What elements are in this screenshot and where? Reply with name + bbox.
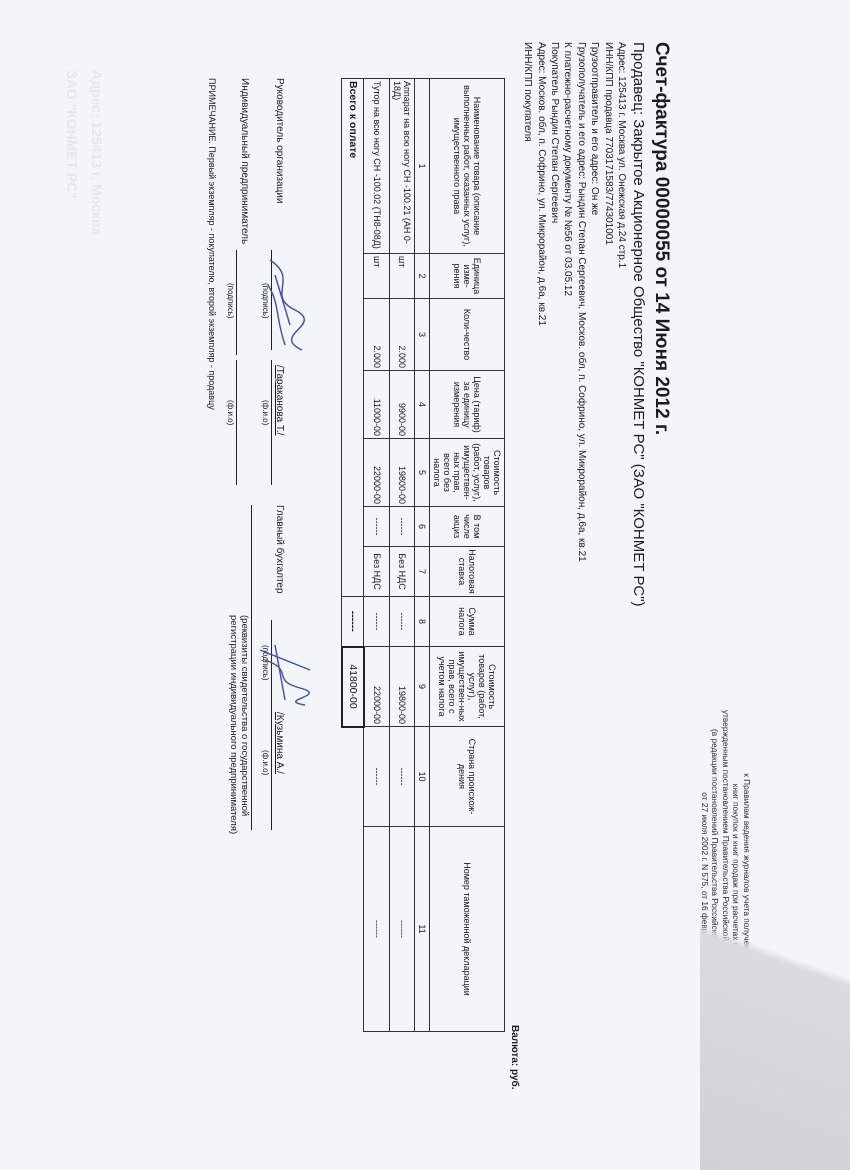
- table-row: Аппарат на всю ногу СН -100.21 (АН 0-18Д…: [390, 79, 415, 1032]
- accountant-name: /Кузьмина А./: [274, 712, 285, 774]
- header-cell: Стоимость товаров (работ, услуг), имущес…: [430, 647, 505, 727]
- item-excise: ------: [364, 507, 390, 547]
- column-number: 8: [415, 597, 430, 647]
- entrepreneur-name-line: [236, 360, 237, 485]
- item-price: 9900-00: [390, 371, 415, 439]
- item-unit: шт: [390, 254, 415, 299]
- registration-caption: (реквизиты свидетельства о государственн…: [228, 615, 250, 834]
- column-number: 4: [415, 371, 430, 439]
- item-customs: ------: [364, 827, 390, 1032]
- column-number: 10: [415, 727, 430, 827]
- buyer-address: Адрес: Москов. обл, п. Софрино, ул. Микр…: [534, 42, 547, 562]
- item-unit: шт: [364, 254, 390, 299]
- item-qty: 2.000: [364, 299, 390, 371]
- item-price: 11000-00: [364, 371, 390, 439]
- invoice-table: Наименование товара (описание выполненны…: [341, 78, 505, 1032]
- item-cost-with-tax: 19800-00: [390, 647, 415, 727]
- item-tax-sum: ------: [364, 597, 390, 647]
- item-cost-with-tax: 22000-00: [364, 647, 390, 727]
- item-cost-no-tax: 22000-00: [364, 439, 390, 507]
- total-value: 41800-00: [342, 647, 364, 727]
- item-country: ------: [364, 727, 390, 827]
- bleed-through-text: Адрес: 125413 г. Москва: [89, 70, 105, 235]
- registration-caption-line: (реквизиты свидетельства о государственн…: [239, 615, 250, 834]
- item-qty: 2.000: [390, 299, 415, 371]
- column-number: 11: [415, 827, 430, 1032]
- head-name-line: [271, 360, 272, 485]
- entrepreneur-label: Индивидуальный предприниматель: [239, 78, 250, 244]
- table-row: Тутор на всю ногу СН -100.02 (ТН8-08Д) ш…: [364, 79, 390, 1032]
- seller-name: Продавец: Закрытое Акционерное Общество …: [630, 42, 647, 607]
- item-excise: ------: [390, 507, 415, 547]
- item-name: Тутор на всю ногу СН -100.02 (ТН8-08Д): [364, 79, 390, 254]
- header-cell: Наименование товара (описание выполненны…: [430, 79, 505, 254]
- item-cost-no-tax: 19800-00: [390, 439, 415, 507]
- head-signature-scrawl: [260, 255, 310, 365]
- buyer-inn-kpp: ИНН/КПП покупателя: [521, 42, 534, 562]
- column-number: 3: [415, 299, 430, 371]
- consignee: Грузополучатель и его адрес: Рындин Степ…: [574, 42, 587, 562]
- column-number: 7: [415, 547, 430, 597]
- total-row: Всего к оплате ------ 41800-00: [342, 79, 364, 1032]
- header-cell: Номер таможенной декларации: [430, 827, 505, 1032]
- head-name-caption: (ф.и.о): [261, 400, 270, 425]
- header-cell: Единица изме-рения: [430, 254, 505, 299]
- header-cell: В том числе акциз: [430, 507, 505, 547]
- accountant-name-line: [271, 710, 272, 830]
- entrepreneur-name-caption: (ф.и.о): [226, 400, 235, 425]
- header-cell: Коли-чество: [430, 299, 505, 371]
- seller-address: Адрес: 125413 г. Москва ул. Онежская д.2…: [615, 42, 628, 562]
- item-tax-rate: Без НДС: [364, 547, 390, 597]
- total-label: Всего к оплате: [342, 79, 364, 597]
- accountant-signature-scrawl: [255, 640, 315, 710]
- total-tax: ------: [342, 597, 364, 647]
- registration-caption-line: регистрации индивидуального предпринимат…: [228, 615, 239, 834]
- header-cell: Цена (тариф) за единицу измерения: [430, 371, 505, 439]
- invoice-title: Счет-фактура 00000055 от 14 Июня 2012 г.: [650, 42, 672, 435]
- header-cell: Страна происхож-дения: [430, 727, 505, 827]
- folded-corner: [700, 750, 850, 1170]
- registration-line: [251, 505, 252, 830]
- shipper: Грузоотправитель и его адрес: Он же: [588, 42, 601, 562]
- head-label: Руководитель организации: [274, 78, 285, 203]
- buyer: Покупатель Рындин Степан Сергеевич: [548, 42, 561, 562]
- header-cell: Сумма налога: [430, 597, 505, 647]
- entrepreneur-sign-line: [236, 250, 237, 355]
- header-cell: Налоговая ставка: [430, 547, 505, 597]
- entrepreneur-sign-caption: (подпись): [226, 283, 235, 319]
- payment-document: К платежно-расчетному документу № №56 от…: [561, 42, 574, 562]
- column-number: 1: [415, 79, 430, 254]
- footnote: ПРИМЕЧАНИЕ. Первый экземпляр - покупател…: [207, 78, 217, 410]
- item-tax-rate: Без НДС: [390, 547, 415, 597]
- item-name: Аппарат на всю ногу СН -100.21 (АН 0-18Д…: [390, 79, 415, 254]
- total-empty: [342, 727, 364, 1032]
- column-number: 5: [415, 439, 430, 507]
- column-number: 6: [415, 507, 430, 547]
- party-info: Адрес: 125413 г. Москва ул. Онежская д.2…: [521, 42, 628, 562]
- accountant-name-caption: (ф.и.о): [261, 750, 270, 775]
- seller-inn-kpp: ИНН/КПП продавца 7703171583/774301001: [601, 42, 614, 562]
- column-number: 2: [415, 254, 430, 299]
- accountant-label: Главный бухгалтер: [274, 505, 285, 594]
- header-cell: Стоимость товаров (работ, услуг), имущес…: [430, 439, 505, 507]
- column-number: 9: [415, 647, 430, 727]
- bleed-through-text: ЗАО "КОНМЕТ РС": [64, 70, 80, 199]
- item-country: ------: [390, 727, 415, 827]
- head-name: /Тараканова Т./: [274, 365, 285, 435]
- item-tax-sum: ------: [390, 597, 415, 647]
- item-customs: ------: [390, 827, 415, 1032]
- currency-label: Валюта: руб.: [509, 1025, 520, 1090]
- table-header-row: Наименование товара (описание выполненны…: [430, 79, 505, 1032]
- column-numbers-row: 1 2 3 4 5 6 7 8 9 10 11: [415, 79, 430, 1032]
